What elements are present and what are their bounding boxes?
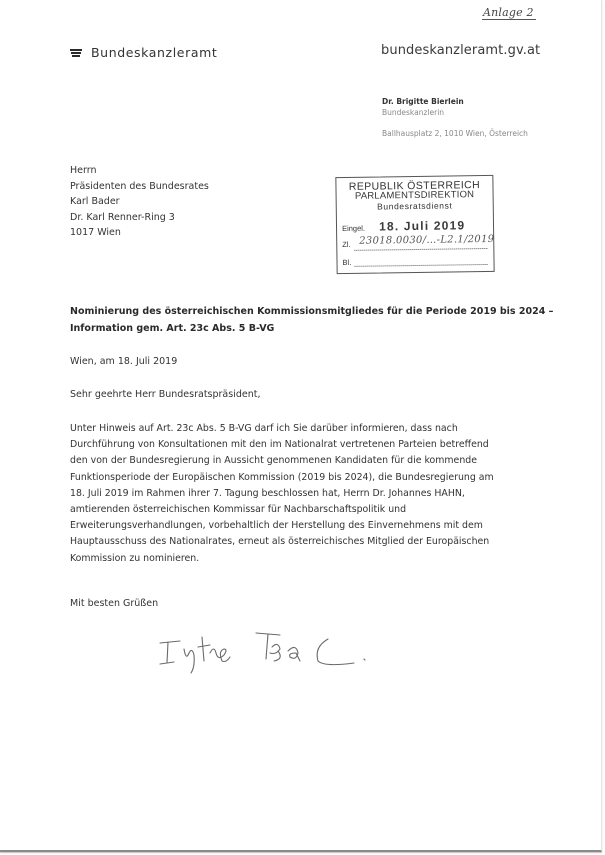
received-stamp: REPUBLIK ÖSTERREICH PARLAMENTSDIREKTION … (335, 175, 494, 274)
subject-line: Nominierung des österreichischen Kommiss… (70, 303, 590, 320)
letter-closing: Mit besten Grüßen (70, 598, 158, 609)
stamp-sheet-dotted-line (355, 264, 488, 267)
letterhead-logo: Bundeskanzleramt (70, 45, 217, 60)
stamp-ref-value: 23018.0030/…-L2.1/2019 (359, 234, 494, 247)
sender-address: Ballhausplatz 2, 1010 Wien, Österreich (382, 129, 528, 138)
sender-block: Dr. Brigitte Bierlein Bundeskanzlerin Ba… (382, 97, 528, 138)
stamp-ref-dotted-line (354, 248, 487, 251)
body-line: Unter Hinweis auf Art. 23c Abs. 5 B-VG d… (70, 421, 490, 437)
website-link[interactable]: bundeskanzleramt.gv.at (381, 43, 540, 58)
stamp-sheet-label: Bl. (342, 258, 351, 267)
letter-date: Wien, am 18. Juli 2019 (70, 356, 177, 367)
letter-page: Anlage 2 Bundeskanzleramt bundeskanzlera… (0, 0, 602, 852)
body-line: Kommission zu nominieren. (70, 551, 490, 567)
body-line: Funktionsperiode der Europäischen Kommis… (70, 470, 490, 486)
body-line: amtierenden österreichischen Kommissar f… (70, 502, 490, 518)
letter-subject: Nominierung des österreichischen Kommiss… (70, 303, 590, 337)
signature-icon (158, 627, 378, 677)
recipient-line: 1017 Wien (70, 225, 209, 241)
sender-role: Bundeskanzlerin (382, 108, 528, 117)
body-line: Erweiterungsverhandlungen, vorbehaltlich… (70, 518, 490, 534)
recipient-line: Karl Bader (70, 194, 209, 210)
body-line: den von der Bundesregierung in Aussicht … (70, 453, 490, 469)
letter-body: Unter Hinweis auf Art. 23c Abs. 5 B-VG d… (70, 421, 490, 567)
body-line: Hauptausschuss des Nationalrates, erneut… (70, 534, 490, 550)
annex-handwritten-label: Anlage 2 (482, 6, 536, 20)
recipient-line: Herrn (70, 163, 209, 179)
recipient-address: Herrn Präsidenten des Bundesrates Karl B… (70, 163, 209, 241)
letter-salutation: Sehr geehrte Herr Bundesratspräsident, (70, 389, 260, 400)
recipient-line: Präsidenten des Bundesrates (70, 179, 209, 195)
recipient-line: Dr. Karl Renner-Ring 3 (70, 210, 209, 226)
stamp-received-label: Eingel. (342, 224, 365, 233)
body-line: Durchführung von Konsultationen mit den … (70, 437, 490, 453)
organization-name: Bundeskanzleramt (91, 45, 217, 60)
handwritten-signature (158, 627, 378, 681)
stamp-ref-label: Zl. (342, 240, 350, 249)
subject-line: Information gem. Art. 23c Abs. 5 B-VG (70, 320, 590, 337)
body-line: 18. Juli 2019 im Rahmen ihrer 7. Tagung … (70, 486, 490, 502)
sender-name: Dr. Brigitte Bierlein (382, 97, 528, 106)
stamp-received-date: 18. Juli 2019 (379, 218, 466, 233)
austrian-eagle-stripes-icon (70, 49, 82, 57)
